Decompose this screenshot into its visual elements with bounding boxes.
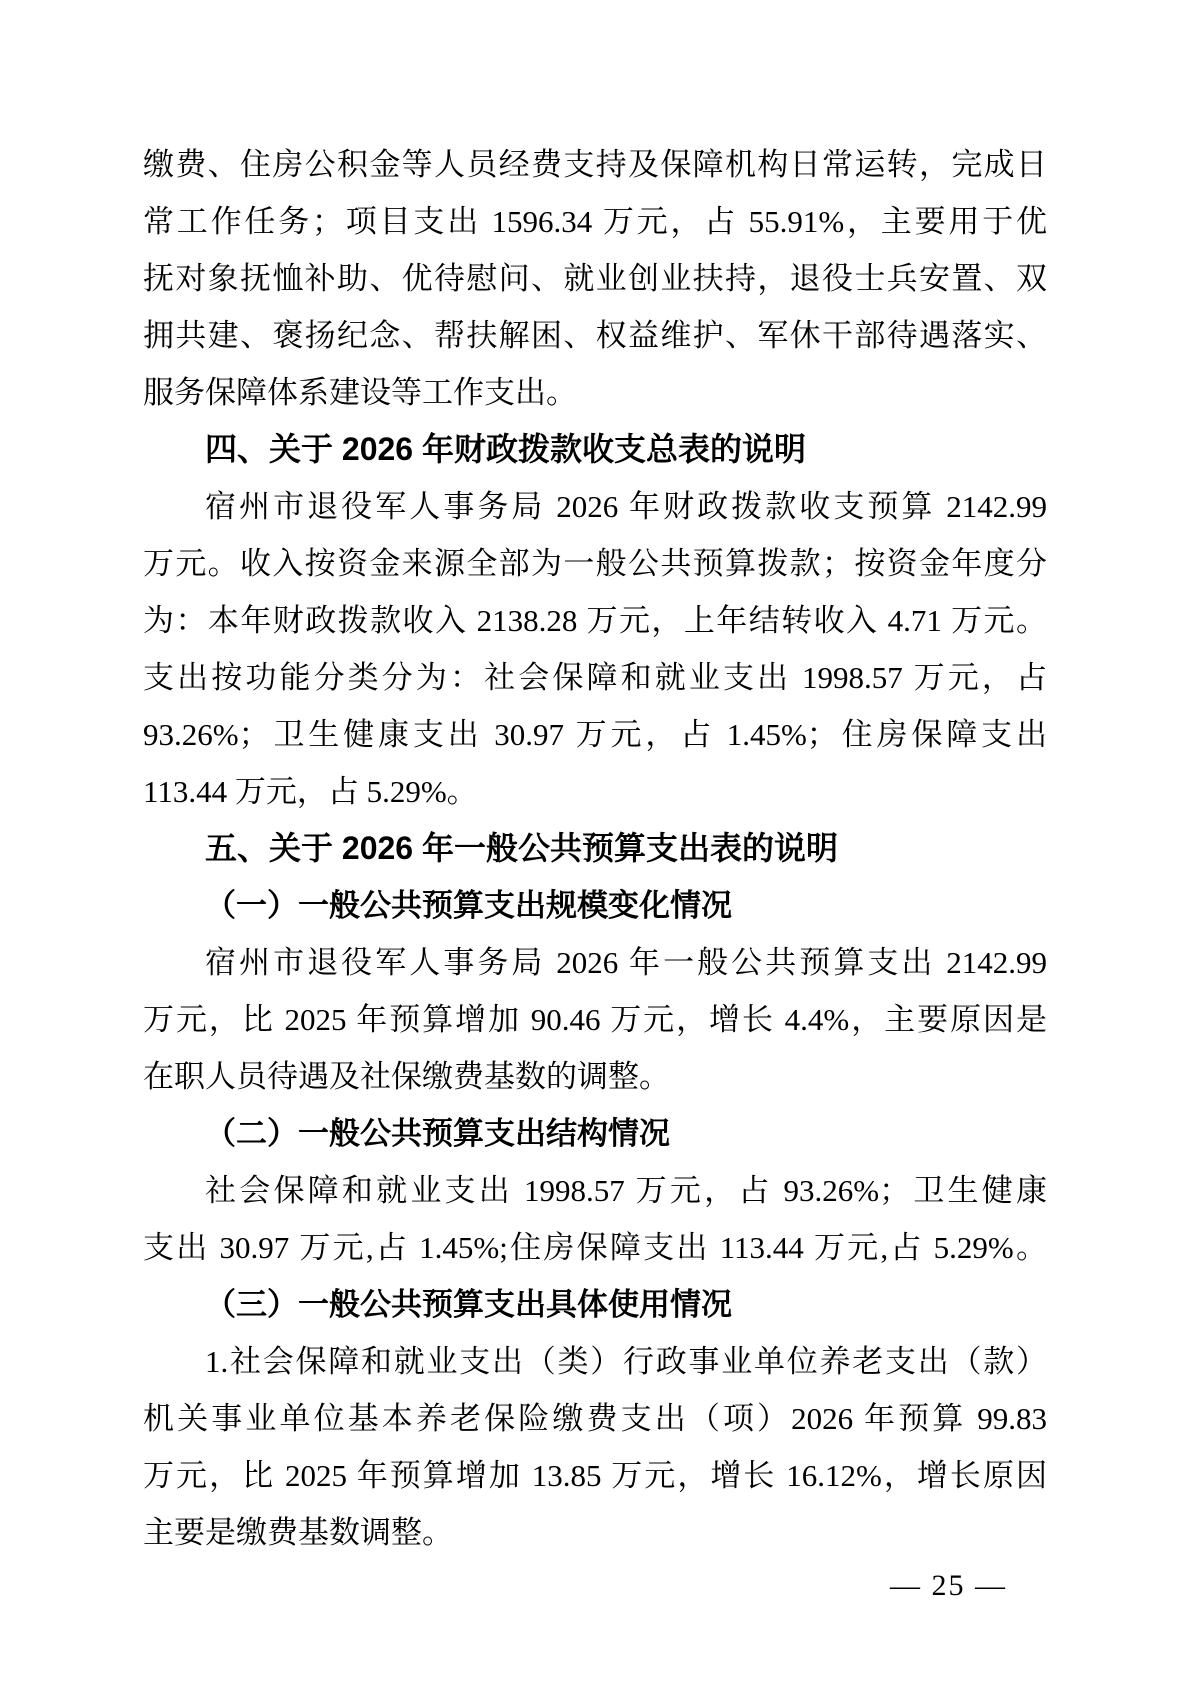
text-line: 宿州市退役军人事务局 2026 年财政拨款收支预算 2142.99 <box>143 478 1047 535</box>
text-line: 支出按功能分类分为：社会保障和就业支出 1998.57 万元，占 <box>143 649 1047 706</box>
subsection-heading: （一）一般公共预算支出规模变化情况 <box>143 877 1047 934</box>
text-line: 1.社会保障和就业支出（类）行政事业单位养老支出（款） <box>143 1333 1047 1390</box>
text-line: 常工作任务；项目支出 1596.34 万元，占 55.91%，主要用于优 <box>143 193 1047 250</box>
text-line: 社会保障和就业支出 1998.57 万元，占 93.26%；卫生健康 <box>143 1162 1047 1219</box>
text-line: 主要是缴费基数调整。 <box>143 1504 1047 1561</box>
text-line: 93.26%；卫生健康支出 30.97 万元，占 1.45%；住房保障支出 <box>143 706 1047 763</box>
text-line: 宿州市退役军人事务局 2026 年一般公共预算支出 2142.99 <box>143 934 1047 991</box>
text-line: 113.44 万元，占 5.29%。 <box>143 763 1047 820</box>
document-page: 缴费、住房公积金等人员经费支持及保障机构日常运转，完成日 常工作任务；项目支出 … <box>0 0 1190 1683</box>
text-line: 万元，比 2025 年预算增加 13.85 万元，增长 16.12%，增长原因 <box>143 1447 1047 1504</box>
text-line: 支出 30.97 万元,占 1.45%;住房保障支出 113.44 万元,占 5… <box>143 1219 1047 1276</box>
text-line: 缴费、住房公积金等人员经费支持及保障机构日常运转，完成日 <box>143 136 1047 193</box>
section-heading: 五、关于 2026 年一般公共预算支出表的说明 <box>143 820 1047 877</box>
text-line: 万元，比 2025 年预算增加 90.46 万元，增长 4.4%，主要原因是 <box>143 991 1047 1048</box>
section-heading: 四、关于 2026 年财政拨款收支总表的说明 <box>143 421 1047 478</box>
text-line: 拥共建、褒扬纪念、帮扶解困、权益维护、军休干部待遇落实、 <box>143 307 1047 364</box>
subsection-heading: （二）一般公共预算支出结构情况 <box>143 1105 1047 1162</box>
page-number: — 25 — <box>890 1568 1007 1604</box>
text-line: 为：本年财政拨款收入 2138.28 万元，上年结转收入 4.71 万元。 <box>143 592 1047 649</box>
text-line: 机关事业单位基本养老保险缴费支出（项）2026 年预算 99.83 <box>143 1390 1047 1447</box>
document-body: 缴费、住房公积金等人员经费支持及保障机构日常运转，完成日 常工作任务；项目支出 … <box>143 136 1047 1561</box>
text-line: 万元。收入按资金来源全部为一般公共预算拨款；按资金年度分 <box>143 535 1047 592</box>
subsection-heading: （三）一般公共预算支出具体使用情况 <box>143 1276 1047 1333</box>
text-line: 抚对象抚恤补助、优待慰问、就业创业扶持，退役士兵安置、双 <box>143 250 1047 307</box>
text-line: 在职人员待遇及社保缴费基数的调整。 <box>143 1048 1047 1105</box>
text-line: 服务保障体系建设等工作支出。 <box>143 364 1047 421</box>
